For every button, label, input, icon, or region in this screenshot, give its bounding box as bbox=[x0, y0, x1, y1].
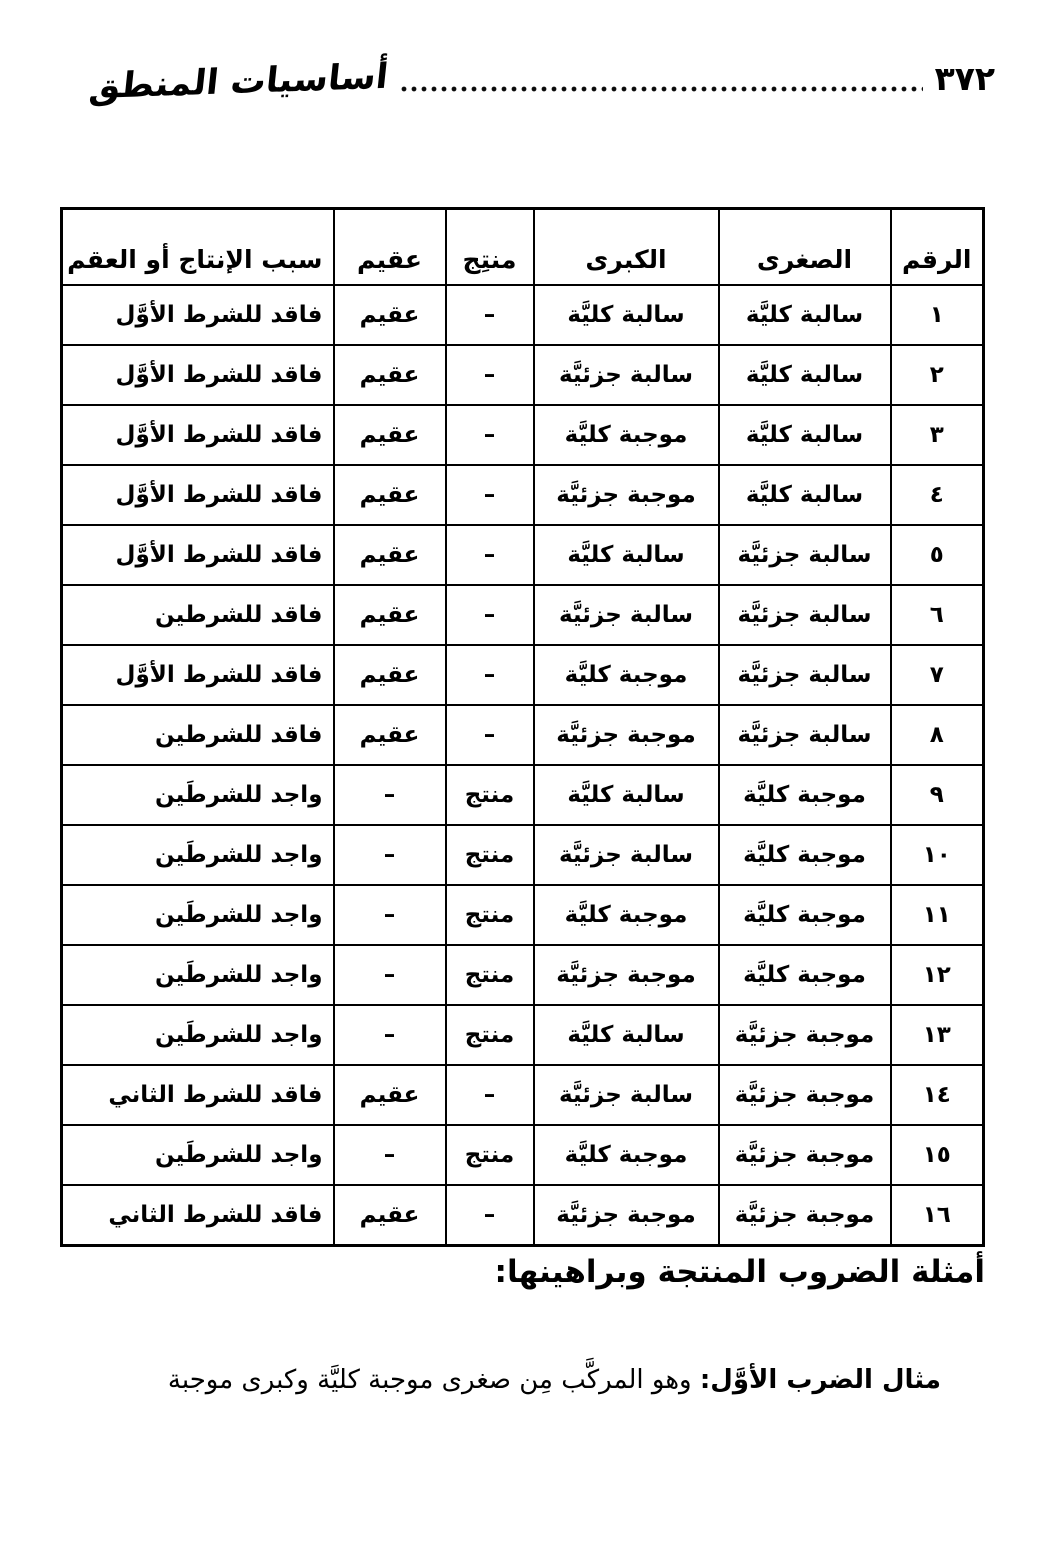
example-lead: مثال الضرب الأوَّل: bbox=[700, 1365, 941, 1395]
table-cell: فاقد للشرط الأوَّل bbox=[62, 465, 334, 525]
table-cell: موجبة كليَّة bbox=[719, 765, 891, 825]
table-cell: سالبة كليَّة bbox=[534, 1005, 719, 1065]
table-row: ٨سالبة جزئيَّةموجبة جزئيَّة–عقيمفاقد للش… bbox=[62, 705, 984, 765]
table-cell: ١١ bbox=[891, 885, 984, 945]
table-cell: فاقد للشرطين bbox=[62, 585, 334, 645]
table-cell: سالبة كليَّة bbox=[719, 345, 891, 405]
table-cell: موجبة كليَّة bbox=[719, 885, 891, 945]
column-header: الكبرى bbox=[534, 209, 719, 286]
table-cell: – bbox=[446, 465, 534, 525]
table-cell: ١٠ bbox=[891, 825, 984, 885]
table-cell: عقيم bbox=[334, 645, 446, 705]
table-cell: – bbox=[446, 345, 534, 405]
table-cell: عقيم bbox=[334, 525, 446, 585]
table-cell: ٧ bbox=[891, 645, 984, 705]
table-cell: فاقد للشرط الأوَّل bbox=[62, 345, 334, 405]
table-cell: موجبة جزئيَّة bbox=[719, 1125, 891, 1185]
section-heading: أمثلة الضروب المنتجة وبراهينها: bbox=[62, 1254, 985, 1290]
table-cell: موجبة جزئيَّة bbox=[719, 1065, 891, 1125]
table-cell: سالبة جزئيَّة bbox=[719, 585, 891, 645]
table-cell: سالبة كليَّة bbox=[534, 765, 719, 825]
table-cell: منتج bbox=[446, 825, 534, 885]
column-header: الرقم bbox=[891, 209, 984, 286]
table-row: ١٠موجبة كليَّةسالبة جزئيَّةمنتج–واجد للش… bbox=[62, 825, 984, 885]
example-body-text: وهو المركَّب مِن صغرى موجبة كليَّة وكبرى… bbox=[168, 1365, 700, 1395]
table-row: ٧سالبة جزئيَّةموجبة كليَّة–عقيمفاقد للشر… bbox=[62, 645, 984, 705]
scanned-book-page: ٣٧٢ أساسيات المنطق الرقمالصغرىالكبرىمنتِ… bbox=[0, 0, 1050, 1550]
table-cell: واجد للشرطَين bbox=[62, 765, 334, 825]
table-cell: موجبة كليَّة bbox=[719, 825, 891, 885]
table-cell: فاقد للشرط الثاني bbox=[62, 1065, 334, 1125]
running-head: ٣٧٢ أساسيات المنطق bbox=[90, 46, 995, 118]
moods-table: الرقمالصغرىالكبرىمنتِجعقيمسبب الإنتاج أو… bbox=[60, 207, 985, 1247]
table-cell: – bbox=[334, 945, 446, 1005]
table-cell: ١٤ bbox=[891, 1065, 984, 1125]
table-cell: موجبة كليَّة bbox=[534, 885, 719, 945]
table-cell: سالبة كليَّة bbox=[534, 285, 719, 345]
table-cell: فاقد للشرطين bbox=[62, 705, 334, 765]
table-cell: ٣ bbox=[891, 405, 984, 465]
table-cell: فاقد للشرط الأوَّل bbox=[62, 285, 334, 345]
column-header: منتِج bbox=[446, 209, 534, 286]
table-cell: ٦ bbox=[891, 585, 984, 645]
dotted-leader bbox=[399, 86, 922, 92]
table-cell: موجبة كليَّة bbox=[719, 945, 891, 1005]
table-row: ٩موجبة كليَّةسالبة كليَّةمنتج–واجد للشرط… bbox=[62, 765, 984, 825]
table-cell: – bbox=[446, 585, 534, 645]
table-cell: منتج bbox=[446, 765, 534, 825]
table-row: ١٦موجبة جزئيَّةموجبة جزئيَّة–عقيمفاقد لل… bbox=[62, 1185, 984, 1246]
table-cell: ١٦ bbox=[891, 1185, 984, 1246]
table-cell: ٩ bbox=[891, 765, 984, 825]
table-cell: ٤ bbox=[891, 465, 984, 525]
table-cell: موجبة جزئيَّة bbox=[534, 705, 719, 765]
table-cell: – bbox=[446, 645, 534, 705]
table-cell: سالبة كليَّة bbox=[719, 405, 891, 465]
table-cell: – bbox=[334, 825, 446, 885]
table-row: ٣سالبة كليَّةموجبة كليَّة–عقيمفاقد للشرط… bbox=[62, 405, 984, 465]
table-cell: سالبة جزئيَّة bbox=[719, 705, 891, 765]
table-cell: فاقد للشرط الأوَّل bbox=[62, 645, 334, 705]
table-cell: سالبة كليَّة bbox=[534, 525, 719, 585]
table-cell: سالبة كليَّة bbox=[719, 285, 891, 345]
table-cell: فاقد للشرط الأوَّل bbox=[62, 405, 334, 465]
table-cell: ١٢ bbox=[891, 945, 984, 1005]
table-cell: منتج bbox=[446, 1125, 534, 1185]
table-cell: سالبة جزئيَّة bbox=[534, 585, 719, 645]
table-cell: ٨ bbox=[891, 705, 984, 765]
table-cell: فاقد للشرط الأوَّل bbox=[62, 525, 334, 585]
table-cell: – bbox=[334, 1125, 446, 1185]
table-cell: موجبة جزئيَّة bbox=[534, 1185, 719, 1246]
table-cell: ٥ bbox=[891, 525, 984, 585]
table-cell: عقيم bbox=[334, 705, 446, 765]
table-cell: – bbox=[334, 1005, 446, 1065]
table-cell: واجد للشرطَين bbox=[62, 825, 334, 885]
table-cell: – bbox=[446, 525, 534, 585]
table-cell: موجبة كليَّة bbox=[534, 1125, 719, 1185]
table-cell: عقيم bbox=[334, 585, 446, 645]
table-cell: سالبة جزئيَّة bbox=[534, 1065, 719, 1125]
table-header-row: الرقمالصغرىالكبرىمنتِجعقيمسبب الإنتاج أو… bbox=[62, 209, 984, 286]
table-cell: سالبة جزئيَّة bbox=[719, 645, 891, 705]
table-row: ١٢موجبة كليَّةموجبة جزئيَّةمنتج–واجد للش… bbox=[62, 945, 984, 1005]
table-cell: – bbox=[446, 705, 534, 765]
table-cell: سالبة جزئيَّة bbox=[534, 345, 719, 405]
table-cell: واجد للشرطَين bbox=[62, 1125, 334, 1185]
table-row: ٢سالبة كليَّةسالبة جزئيَّة–عقيمفاقد للشر… bbox=[62, 345, 984, 405]
table-cell: ١ bbox=[891, 285, 984, 345]
table-cell: – bbox=[446, 285, 534, 345]
table-cell: موجبة كليَّة bbox=[534, 645, 719, 705]
table-row: ٥سالبة جزئيَّةسالبة كليَّة–عقيمفاقد للشر… bbox=[62, 525, 984, 585]
table-cell: – bbox=[334, 885, 446, 945]
table-row: ١٥موجبة جزئيَّةموجبة كليَّةمنتج–واجد للش… bbox=[62, 1125, 984, 1185]
table-cell: عقيم bbox=[334, 345, 446, 405]
page-number: ٣٧٢ bbox=[935, 59, 995, 98]
table-cell: موجبة كليَّة bbox=[534, 405, 719, 465]
table-cell: ٢ bbox=[891, 345, 984, 405]
table-cell: – bbox=[334, 765, 446, 825]
table-row: ٤سالبة كليَّةموجبة جزئيَّة–عقيمفاقد للشر… bbox=[62, 465, 984, 525]
column-header: سبب الإنتاج أو العقم bbox=[62, 209, 334, 286]
table-cell: – bbox=[446, 405, 534, 465]
example-paragraph: مثال الضرب الأوَّل: وهو المركَّب مِن صغر… bbox=[60, 1360, 986, 1400]
table-cell: واجد للشرطَين bbox=[62, 1005, 334, 1065]
table-cell: ١٣ bbox=[891, 1005, 984, 1065]
table-cell: سالبة جزئيَّة bbox=[534, 825, 719, 885]
table-cell: عقيم bbox=[334, 1185, 446, 1246]
table-cell: – bbox=[446, 1185, 534, 1246]
table-row: ١١موجبة كليَّةموجبة كليَّةمنتج–واجد للشر… bbox=[62, 885, 984, 945]
table-cell: واجد للشرطَين bbox=[62, 945, 334, 1005]
table-cell: عقيم bbox=[334, 285, 446, 345]
table-cell: عقيم bbox=[334, 465, 446, 525]
table-cell: عقيم bbox=[334, 405, 446, 465]
moods-table-body: ١سالبة كليَّةسالبة كليَّة–عقيمفاقد للشرط… bbox=[62, 285, 984, 1246]
table-cell: موجبة جزئيَّة bbox=[534, 945, 719, 1005]
table-row: ١سالبة كليَّةسالبة كليَّة–عقيمفاقد للشرط… bbox=[62, 285, 984, 345]
table-row: ٦سالبة جزئيَّةسالبة جزئيَّة–عقيمفاقد للش… bbox=[62, 585, 984, 645]
table-cell: سالبة كليَّة bbox=[719, 465, 891, 525]
book-title-calligraphy: أساسيات المنطق bbox=[87, 57, 390, 107]
table-cell: موجبة جزئيَّة bbox=[534, 465, 719, 525]
column-header: الصغرى bbox=[719, 209, 891, 286]
column-header: عقيم bbox=[334, 209, 446, 286]
table-cell: عقيم bbox=[334, 1065, 446, 1125]
table-cell: منتج bbox=[446, 885, 534, 945]
table-cell: منتج bbox=[446, 1005, 534, 1065]
table-row: ١٤موجبة جزئيَّةسالبة جزئيَّة–عقيمفاقد لل… bbox=[62, 1065, 984, 1125]
table-cell: موجبة جزئيَّة bbox=[719, 1185, 891, 1246]
table-cell: منتج bbox=[446, 945, 534, 1005]
table-row: ١٣موجبة جزئيَّةسالبة كليَّةمنتج–واجد للش… bbox=[62, 1005, 984, 1065]
table-cell: – bbox=[446, 1065, 534, 1125]
table-cell: ١٥ bbox=[891, 1125, 984, 1185]
table-cell: واجد للشرطَين bbox=[62, 885, 334, 945]
table-cell: موجبة جزئيَّة bbox=[719, 1005, 891, 1065]
table-cell: سالبة جزئيَّة bbox=[719, 525, 891, 585]
table-cell: فاقد للشرط الثاني bbox=[62, 1185, 334, 1246]
